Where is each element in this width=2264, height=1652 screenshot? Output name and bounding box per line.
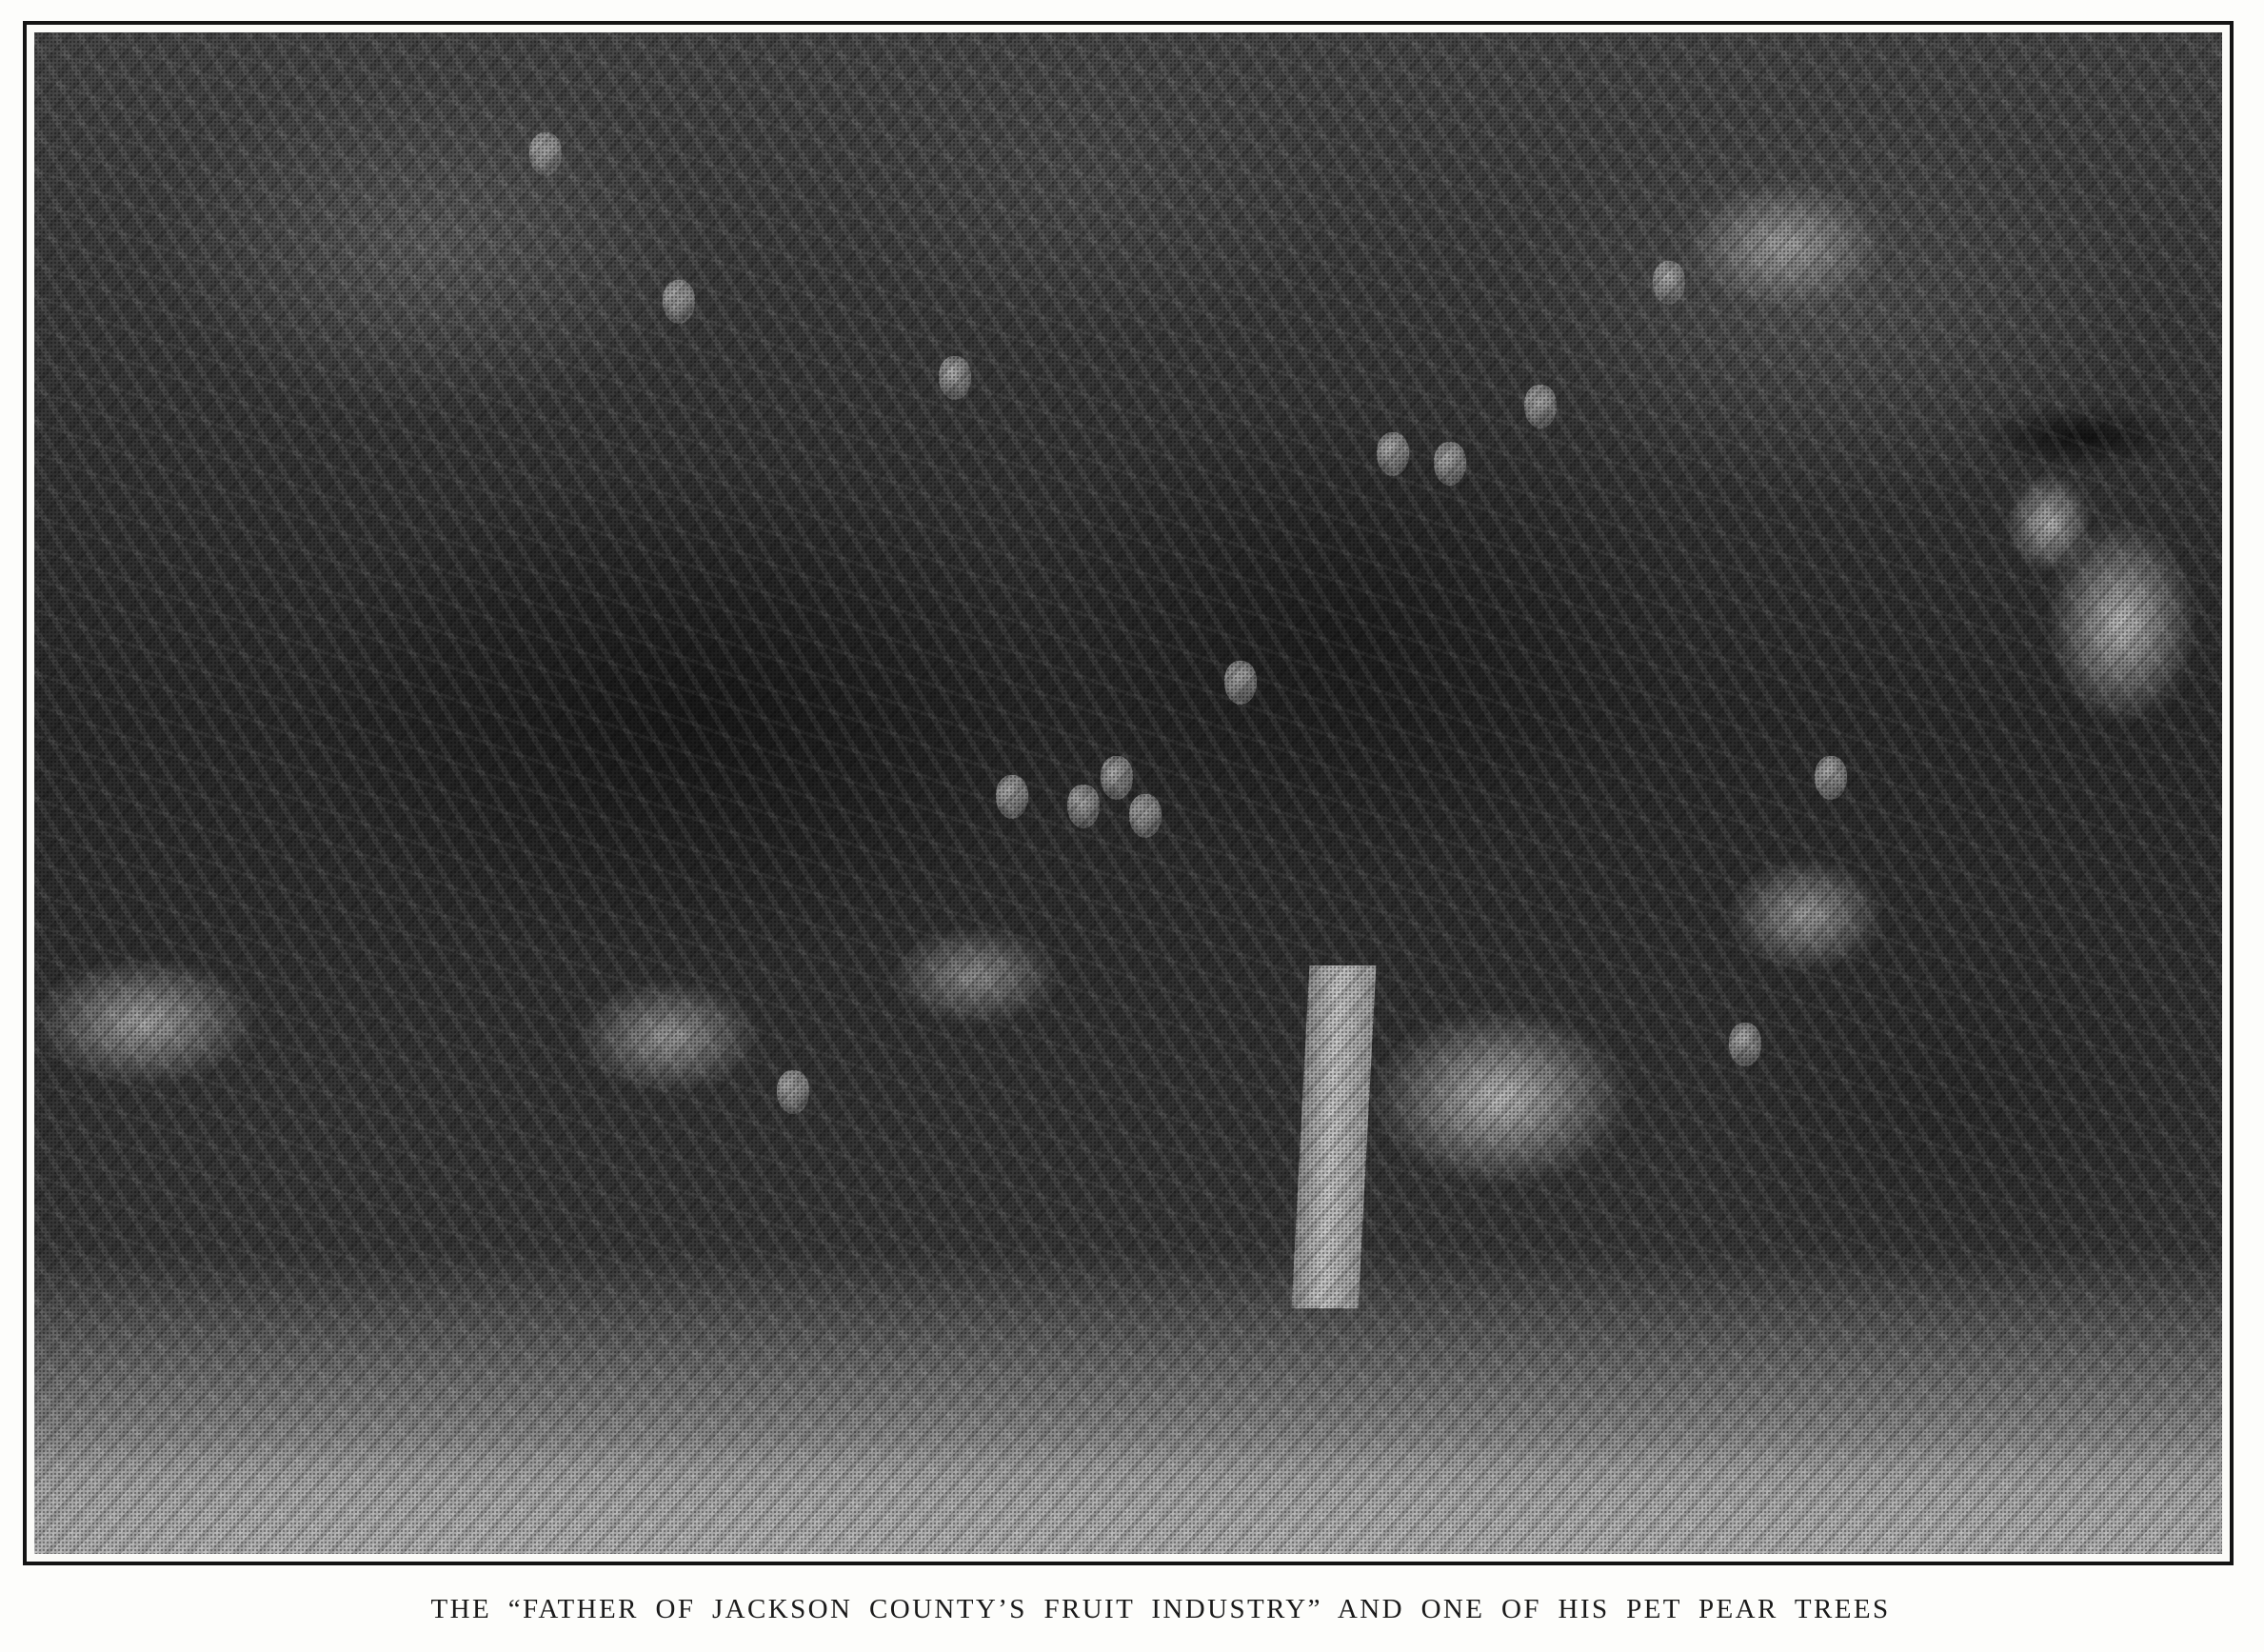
photo-caption: THE “FATHER OF JACKSON COUNTY’S FRUIT IN…	[0, 1594, 2264, 1625]
photo-frame	[23, 21, 2234, 1565]
halftone-overlay	[34, 32, 2222, 1554]
pear-tree-photograph	[34, 32, 2222, 1554]
